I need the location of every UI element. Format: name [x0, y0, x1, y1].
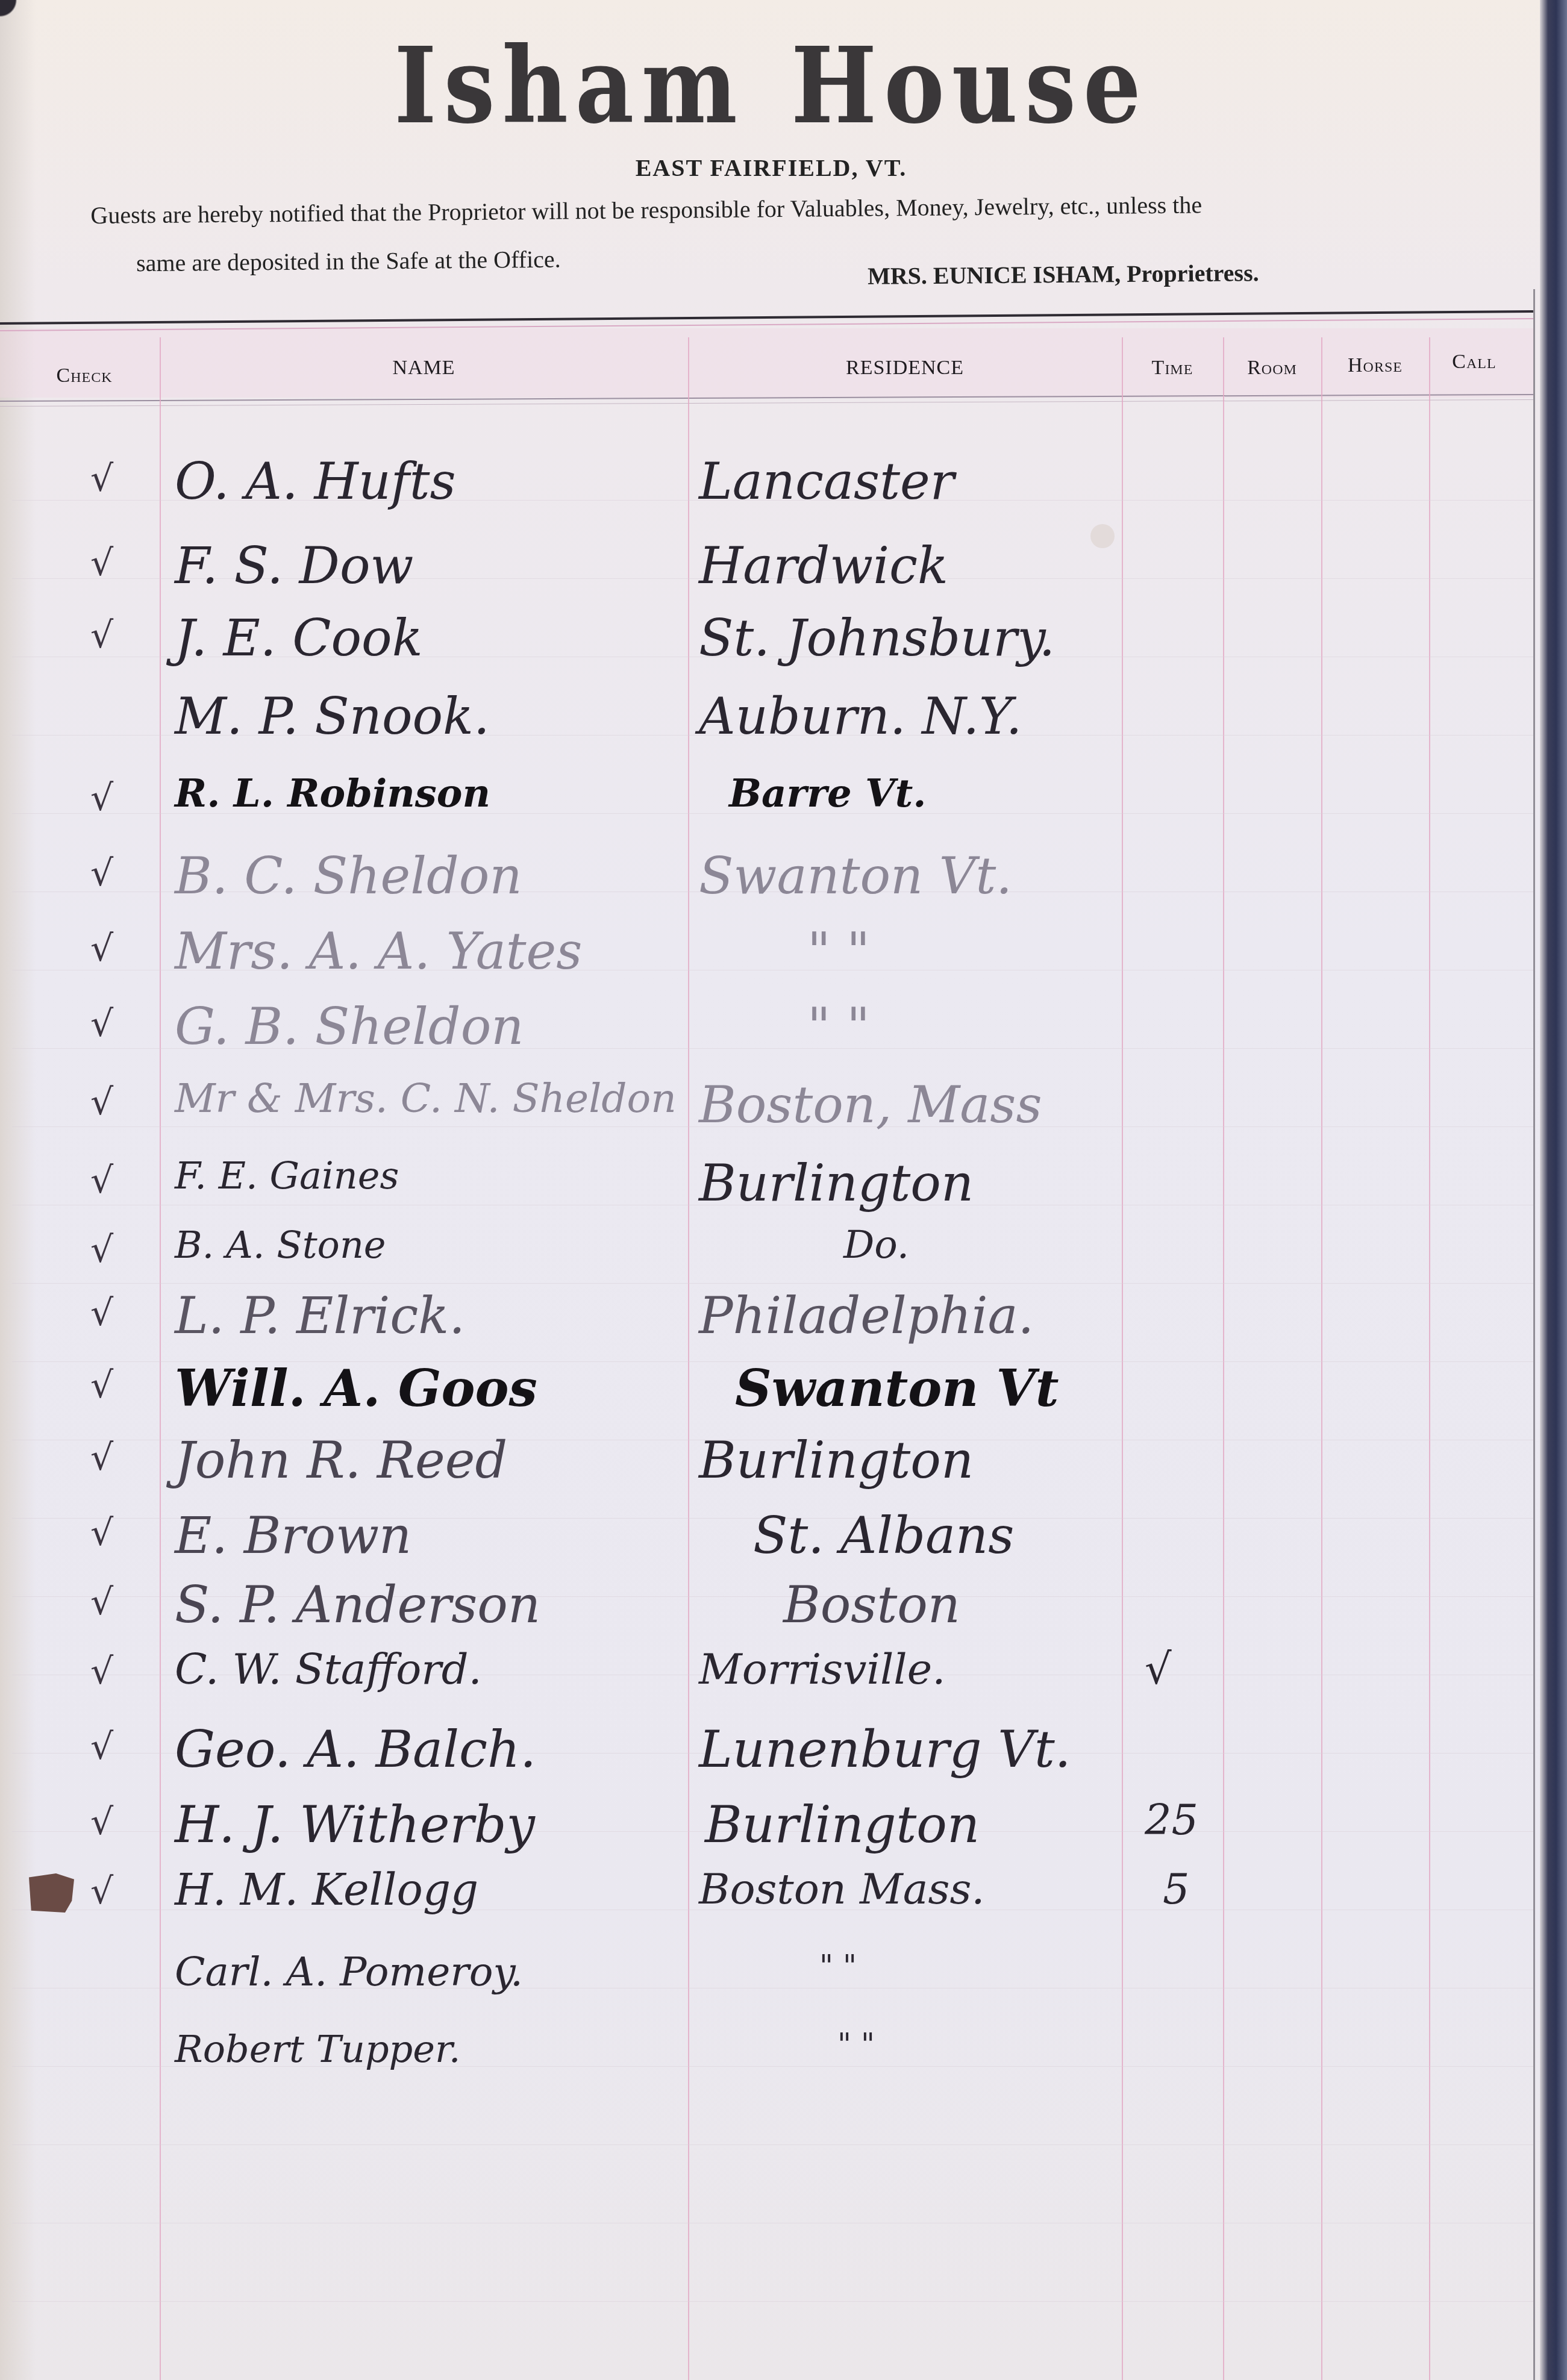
guest-residence: Burlington	[705, 1795, 980, 1854]
guest-name: J. E. Cook	[175, 608, 423, 667]
title-word-2: House	[791, 24, 1148, 148]
register-entry: √ G. B. Sheldon " "	[0, 985, 1533, 1063]
guest-residence: Morrisville.	[699, 1644, 945, 1694]
register-entry: Robert Tupper. " "	[0, 2015, 1533, 2093]
title-word-1: Isham	[394, 24, 745, 148]
register-entry: √ H. M. Kellogg Boston Mass. 5	[0, 1852, 1533, 1931]
column-header-residence: RESIDENCE	[688, 357, 1122, 379]
guest-name: Mrs. A. A. Yates	[175, 922, 582, 981]
check-mark: √	[90, 1003, 139, 1045]
guest-name: Robert Tupper.	[175, 2027, 461, 2071]
check-mark: √	[90, 458, 139, 500]
guest-residence: Swanton Vt.	[699, 846, 1012, 905]
check-mark: √	[90, 1512, 139, 1554]
guest-residence: Lancaster	[699, 452, 954, 511]
guest-name: Geo. A. Balch.	[175, 1720, 536, 1779]
check-mark: √	[90, 928, 139, 970]
register-entry: Carl. A. Pomeroy. " "	[0, 1937, 1533, 2015]
register-page: IshamHouse EAST FAIRFIELD, VT. Guests ar…	[0, 0, 1542, 2380]
check-mark: √	[90, 1229, 139, 1271]
check-mark: √	[90, 1870, 139, 1913]
check-mark: √	[90, 1581, 139, 1623]
register-entry: √ L. P. Elrick. Philadelphia.	[0, 1274, 1533, 1352]
book-binding	[1540, 0, 1567, 2380]
guest-residence: St. Johnsbury.	[699, 608, 1055, 667]
check-mark: √	[90, 777, 139, 819]
time-mark: 25	[1145, 1795, 1198, 1844]
guest-name: L. P. Elrick.	[175, 1286, 465, 1345]
guest-residence: " "	[807, 922, 870, 981]
register-entry: √ John R. Reed Burlington	[0, 1419, 1533, 1497]
guest-residence: Burlington	[699, 1154, 974, 1213]
guest-residence: Do.	[843, 1223, 909, 1267]
guest-residence: Boston	[783, 1575, 960, 1634]
guest-name: Mr & Mrs. C. N. Sheldon	[175, 1075, 677, 1122]
proprietress-line: MRS. EUNICE ISHAM, Proprietress.	[868, 258, 1259, 290]
paper-spot	[1090, 524, 1115, 548]
register-entry: √ Mrs. A. A. Yates " "	[0, 910, 1533, 988]
register-entry: √ S. P. Anderson Boston	[0, 1563, 1533, 1641]
guest-name: E. Brown	[175, 1506, 411, 1565]
register-entry: M. P. Snook. Auburn. N.Y.	[0, 675, 1533, 753]
check-mark: √	[90, 1726, 139, 1768]
check-mark: √	[90, 614, 139, 657]
register-entry: √ F. E. Gaines Burlington	[0, 1142, 1533, 1220]
register-entry: √ J. E. Cook St. Johnsbury.	[0, 596, 1533, 675]
guest-name: R. L. Robinson	[175, 771, 490, 816]
register-entry: √ C. W. Stafford. Morrisville. √	[0, 1632, 1533, 1711]
time-mark: √	[1145, 1644, 1172, 1694]
check-mark: √	[90, 1437, 139, 1479]
guest-residence: Burlington	[699, 1431, 974, 1490]
guest-name: John R. Reed	[175, 1431, 507, 1490]
header-top-rule	[0, 310, 1533, 325]
guest-residence: Auburn. N.Y.	[699, 687, 1022, 746]
guest-residence: St. Albans	[753, 1506, 1014, 1565]
guest-name: Carl. A. Pomeroy.	[175, 1949, 523, 1995]
check-mark: √	[90, 852, 139, 895]
column-header-room: Room	[1223, 357, 1321, 379]
register-entry: √ F. S. Dow Hardwick	[0, 524, 1533, 602]
column-header-time: Time	[1122, 357, 1223, 379]
guest-residence: Boston, Mass	[699, 1075, 1042, 1134]
ruled-line	[12, 2223, 1533, 2223]
register-entry: √ B. C. Sheldon Swanton Vt.	[0, 834, 1533, 913]
column-header-horse: Horse	[1321, 354, 1429, 377]
guest-residence: Barre Vt.	[729, 771, 927, 816]
check-mark: √	[90, 1364, 139, 1407]
check-mark: √	[90, 542, 139, 584]
guest-residence: Lunenburg Vt.	[699, 1720, 1071, 1779]
column-header-check: Check	[36, 364, 133, 387]
guest-name: F. S. Dow	[175, 536, 413, 595]
register-entry: √ O. A. Hufts Lancaster	[0, 440, 1533, 518]
guest-name: H. M. Kellogg	[175, 1864, 478, 1915]
page-edge	[1533, 289, 1535, 2380]
guest-name: G. B. Sheldon	[175, 997, 524, 1056]
ruled-line	[12, 2144, 1533, 2145]
page-corner-shadow	[0, 0, 24, 24]
guest-residence: " "	[807, 997, 870, 1056]
register-entry: √ Geo. A. Balch. Lunenburg Vt.	[0, 1708, 1533, 1786]
register-location: EAST FAIRFIELD, VT.	[0, 154, 1542, 182]
guest-residence: " "	[819, 1949, 857, 1984]
check-mark: √	[90, 1292, 139, 1334]
check-mark: √	[90, 1081, 139, 1123]
guest-residence: Swanton Vt	[735, 1358, 1059, 1418]
guest-name: H. J. Witherby	[175, 1795, 535, 1854]
column-header-name: NAME	[160, 357, 688, 379]
register-entry: √ R. L. Robinson Barre Vt.	[0, 759, 1533, 837]
register-entry: √ E. Brown St. Albans	[0, 1494, 1533, 1572]
register-entry: √ Mr & Mrs. C. N. Sheldon Boston, Mass	[0, 1063, 1533, 1142]
register-entry: √ Will. A. Goos Swanton Vt	[0, 1346, 1533, 1425]
time-mark: 5	[1163, 1864, 1190, 1914]
guest-residence: Hardwick	[699, 536, 948, 595]
guest-name: O. A. Hufts	[175, 452, 456, 511]
register-title: IshamHouse	[108, 24, 1434, 148]
guest-name: Will. A. Goos	[175, 1358, 537, 1418]
register-entry: √ H. J. Witherby Burlington 25	[0, 1783, 1533, 1861]
paper-stain	[29, 1873, 74, 1913]
ruled-line	[12, 2301, 1533, 2302]
guest-name: B. C. Sheldon	[175, 846, 522, 905]
check-mark: √	[90, 1801, 139, 1843]
guest-name: C. W. Stafford.	[175, 1644, 482, 1694]
guest-name: F. E. Gaines	[175, 1154, 399, 1198]
column-header-call: Call	[1429, 351, 1519, 373]
guest-name: S. P. Anderson	[175, 1575, 540, 1634]
check-mark: √	[90, 1651, 139, 1693]
guest-name: B. A. Stone	[175, 1223, 386, 1267]
guest-residence: Boston Mass.	[699, 1864, 985, 1914]
guest-residence: " "	[837, 2027, 875, 2062]
guest-name: M. P. Snook.	[175, 687, 490, 746]
check-mark: √	[90, 1160, 139, 1202]
guest-residence: Philadelphia.	[699, 1286, 1034, 1345]
